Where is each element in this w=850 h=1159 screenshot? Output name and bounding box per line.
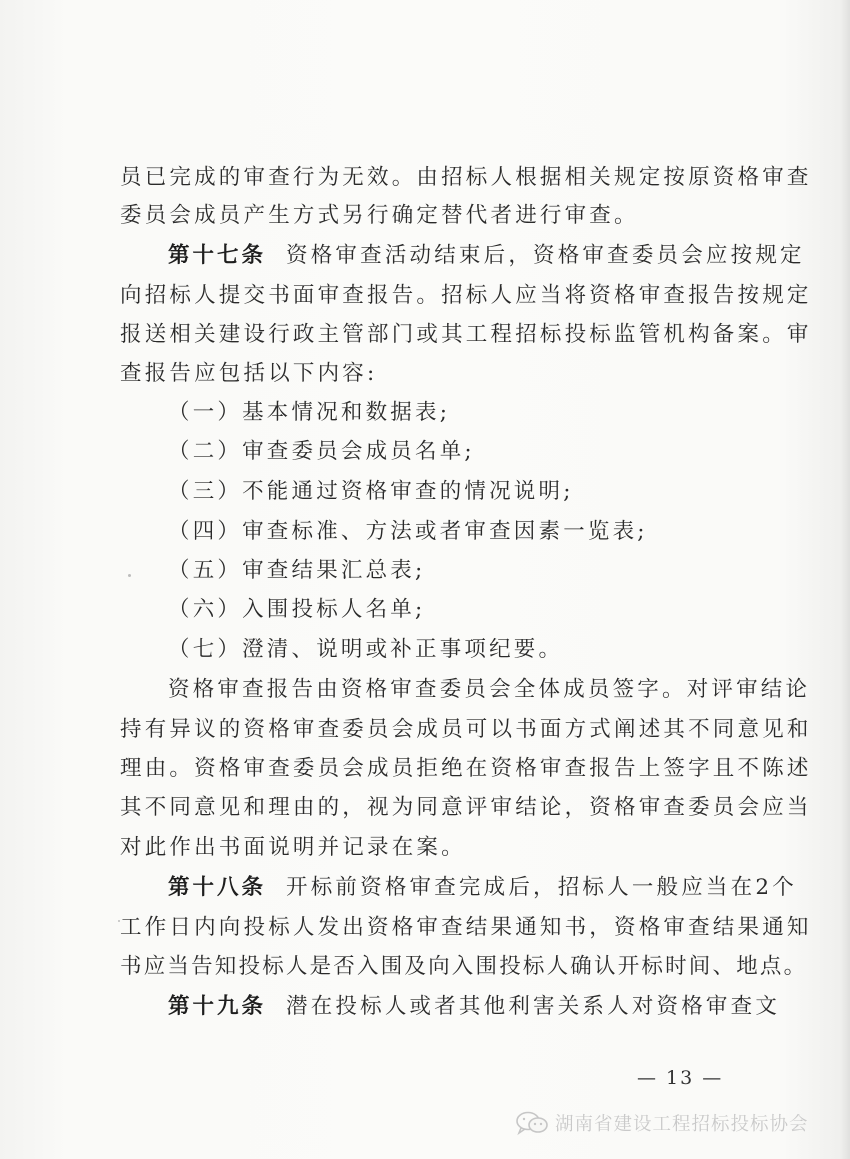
article-19-heading: 第十九条 bbox=[168, 994, 266, 1019]
article-18-text: 开标前资格审查完成后，招标人一般应当在2个 bbox=[286, 875, 797, 900]
list-item: （二）审查委员会成员名单; bbox=[168, 432, 788, 472]
body-line: 对此作出书面说明并记录在案。 bbox=[120, 828, 740, 868]
body-line: 其不同意见和理由的，视为同意评审结论，资格审查委员会应当 bbox=[120, 788, 740, 828]
body-line: 员已完成的审查行为无效。由招标人根据相关规定按原资格审查 bbox=[120, 158, 740, 198]
wechat-icon bbox=[515, 1110, 551, 1136]
page-edge-shadow bbox=[840, 0, 850, 1159]
page-number: — 13 — bbox=[637, 1063, 723, 1093]
body-line: 持有异议的资格审查委员会成员可以书面方式阐述其不同意见和 bbox=[120, 710, 740, 750]
article-17-text: 资格审查活动结束后，资格审查委员会应按规定 bbox=[286, 243, 805, 268]
list-item: （四）审查标准、方法或者审查因素一览表; bbox=[168, 512, 788, 552]
wechat-watermark: 湖南省建设工程招标投标协会 bbox=[515, 1108, 809, 1138]
article-17-heading: 第十七条 bbox=[168, 243, 266, 268]
paragraph-line: 资格审查报告由资格审查委员会全体成员签字。对评审结论 bbox=[168, 670, 788, 710]
list-item: （五）审查结果汇总表; bbox=[168, 551, 788, 591]
watermark-text: 湖南省建设工程招标投标协会 bbox=[555, 1110, 809, 1136]
article-18-line: 第十八条开标前资格审查完成后，招标人一般应当在2个 bbox=[168, 868, 788, 908]
article-18-heading: 第十八条 bbox=[168, 875, 266, 900]
body-line: 书应当告知投标人是否入围及向入围投标人确认开标时间、地点。 bbox=[120, 947, 740, 987]
body-line: 理由。资格审查委员会成员拒绝在资格审查报告上签字且不陈述 bbox=[120, 749, 740, 789]
list-item: （一）基本情况和数据表; bbox=[168, 393, 788, 433]
body-line: 工作日内向投标人发出资格审查结果通知书，资格审查结果通知 bbox=[120, 908, 740, 948]
article-19-text: 潜在投标人或者其他利害关系人对资格审查文 bbox=[286, 994, 780, 1019]
scan-speck bbox=[128, 574, 131, 577]
article-17-line: 第十七条资格审查活动结束后，资格审查委员会应按规定 bbox=[168, 236, 788, 276]
article-19-line: 第十九条潜在投标人或者其他利害关系人对资格审查文 bbox=[168, 987, 788, 1027]
document-page: 员已完成的审查行为无效。由招标人根据相关规定按原资格审查 委员会成员产生方式另行… bbox=[0, 0, 850, 1159]
list-item: （六）入围投标人名单; bbox=[168, 590, 788, 630]
list-item: （三）不能通过资格审查的情况说明; bbox=[168, 472, 788, 512]
body-line: 报送相关建设行政主管部门或其工程招标投标监管机构备案。审 bbox=[120, 315, 740, 355]
body-line: 向招标人提交书面审查报告。招标人应当将资格审查报告按规定 bbox=[120, 276, 740, 316]
list-item: （七）澄清、说明或补正事项纪要。 bbox=[168, 630, 788, 670]
body-line: 委员会成员产生方式另行确定替代者进行审查。 bbox=[120, 196, 740, 236]
body-line: 查报告应包括以下内容: bbox=[120, 354, 740, 394]
